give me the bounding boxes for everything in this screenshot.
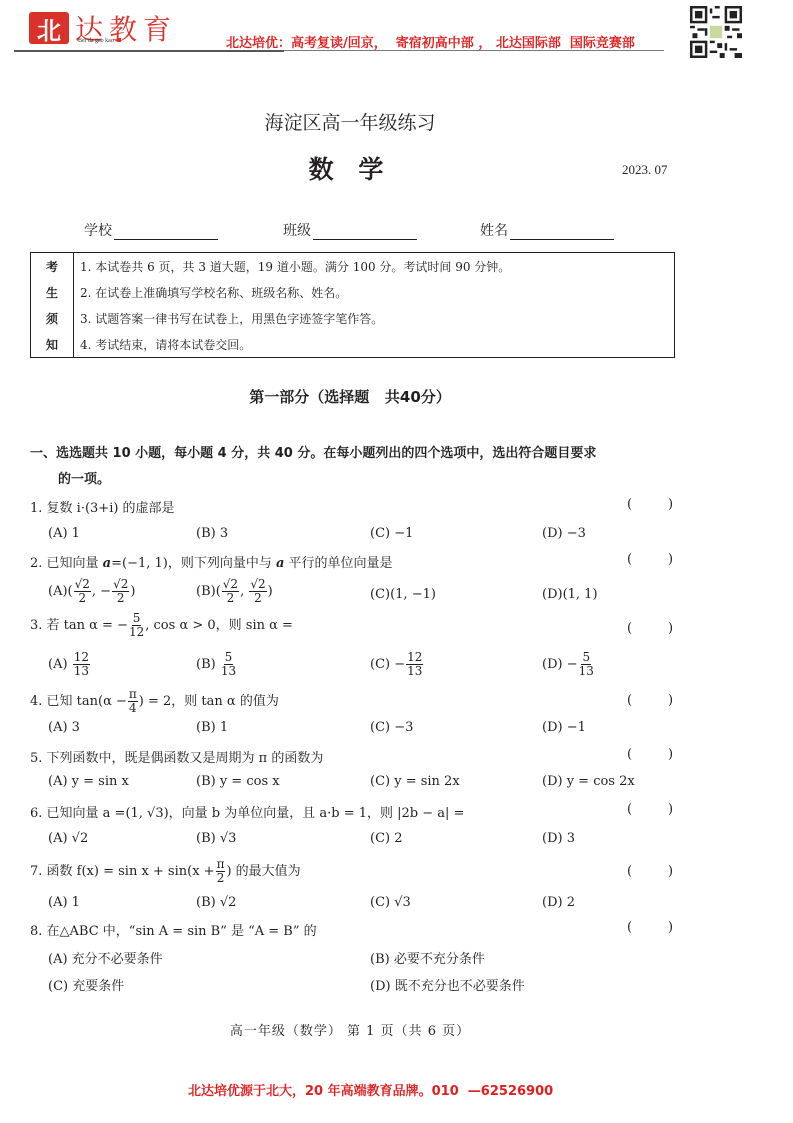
stem-text: 2. 已知向量 — [30, 556, 103, 571]
name-blank[interactable] — [510, 225, 614, 240]
answer-paren-right[interactable]: ) — [668, 552, 673, 567]
denominator: 4 — [129, 702, 137, 715]
q4-option-a[interactable]: (A) 3 — [48, 720, 80, 735]
q2-option-c[interactable]: (C)(1, −1) — [370, 587, 436, 602]
q8-option-d[interactable]: (D) 既不充分也不必要条件 — [370, 975, 525, 994]
exam-subject: 数 学 — [0, 150, 700, 186]
stem-text: 7. 函数 f(x) = sin x + sin(x + — [30, 864, 215, 879]
answer-paren-right[interactable]: ) — [668, 747, 673, 762]
notice-side-char: 知 — [31, 331, 73, 357]
numerator: √2 — [222, 578, 239, 592]
answer-paren-left[interactable]: ( — [627, 920, 632, 935]
question-4-stem: 4. 已知 tan(α −π4) = 2，则 tan α 的值为 — [30, 688, 279, 715]
header-divider-thin — [284, 50, 664, 51]
page-footer: 高一年级（数学） 第 1 页（共 6 页） — [0, 1020, 700, 1039]
logo-square-icon — [117, 38, 121, 42]
q7-option-b[interactable]: (B) √2 — [196, 895, 236, 910]
q2-option-a[interactable]: (A)(√22, −√22) — [48, 578, 135, 605]
q8-option-a[interactable]: (A) 充分不必要条件 — [48, 948, 163, 967]
q6-option-c[interactable]: (C) 2 — [370, 831, 403, 846]
denominator: 2 — [217, 872, 225, 885]
denominator: 2 — [78, 592, 86, 605]
question-6-stem: 6. 已知向量 a =(1, √3)，向量 b 为单位向量，且 a·b = 1，… — [30, 802, 464, 821]
fraction: 1213 — [406, 651, 423, 678]
question-3-stem: 3. 若 tan α = −512, cos α > 0，则 sin α = — [30, 612, 293, 639]
q7-option-a[interactable]: (A) 1 — [48, 895, 80, 910]
question-2-stem: 2. 已知向量 a=(−1, 1)，则下列向量中与 a 平行的单位向量是 — [30, 552, 393, 571]
notice-side-label: 考 生 须 知 — [31, 253, 74, 357]
answer-paren-right[interactable]: ) — [668, 920, 673, 935]
answer-paren-right[interactable]: ) — [668, 864, 673, 879]
q1-option-b[interactable]: (B) 3 — [196, 526, 228, 541]
logo-subtitle: Bei da gao kao — [78, 38, 121, 44]
fraction: 512 — [129, 612, 144, 639]
fraction: √22 — [222, 578, 239, 605]
school-field[interactable]: 学校 — [84, 220, 218, 240]
exam-date: 2023. 07 — [622, 162, 668, 178]
q6-option-b[interactable]: (B) √3 — [196, 831, 236, 846]
notice-list: 1. 本试卷共 6 页，共 3 道大题，19 道小题。满分 100 分。考试时间… — [74, 253, 674, 357]
q1-option-a[interactable]: (A) 1 — [48, 526, 80, 541]
option-label: (C) — [370, 657, 390, 672]
name-label: 姓名 — [480, 220, 508, 240]
question-7-stem: 7. 函数 f(x) = sin x + sin(x +π2) 的最大值为 — [30, 858, 301, 885]
denominator: 13 — [579, 665, 594, 678]
numerator: 5 — [224, 651, 234, 665]
section-instruction: 一、选选题共 10 小题，每小题 4 分，共 40 分。在每小题列出的四个选项中… — [30, 441, 680, 493]
notice-item: 2. 在试卷上准确填写学校名称、班级名称、姓名。 — [80, 279, 674, 305]
numerator: 12 — [73, 651, 90, 665]
q5-option-a[interactable]: (A) y = sin x — [48, 774, 129, 789]
option-label: (B) — [196, 657, 216, 672]
fraction: 1213 — [73, 651, 90, 678]
class-blank[interactable] — [313, 225, 417, 240]
q5-option-b[interactable]: (B) y = cos x — [196, 774, 280, 789]
class-field[interactable]: 班级 — [283, 220, 417, 240]
answer-paren-left[interactable]: ( — [627, 747, 632, 762]
q7-option-c[interactable]: (C) √3 — [370, 895, 411, 910]
numerator: √2 — [74, 578, 91, 592]
instruction-line: 一、选选题共 10 小题，每小题 4 分，共 40 分。在每小题列出的四个选项中… — [30, 441, 680, 467]
answer-paren-right[interactable]: ) — [668, 621, 673, 636]
question-8-stem: 8. 在△ABC 中，“sin A = sin B” 是 “A = B” 的 — [30, 920, 317, 939]
separator: , − — [92, 584, 111, 599]
numerator: 12 — [406, 651, 423, 665]
q3-option-a[interactable]: (A) 1213 — [48, 651, 91, 678]
answer-paren-left[interactable]: ( — [627, 802, 632, 817]
promo-banner: 北达培优源于北大，20 年高端教育品牌。010 —62526900 — [188, 1080, 553, 1099]
fraction: √22 — [249, 578, 266, 605]
sign: − — [394, 657, 405, 672]
denominator: 2 — [117, 592, 125, 605]
answer-paren-right[interactable]: ) — [668, 693, 673, 708]
q5-option-d[interactable]: (D) y = cos 2x — [542, 774, 635, 789]
notice-item: 1. 本试卷共 6 页，共 3 道大题，19 道小题。满分 100 分。考试时间… — [80, 253, 674, 279]
answer-paren-left[interactable]: ( — [627, 864, 632, 879]
header-divider — [14, 50, 284, 52]
fraction: √22 — [74, 578, 91, 605]
q5-option-c[interactable]: (C) y = sin 2x — [370, 774, 460, 789]
numerator: √2 — [112, 578, 129, 592]
stem-text: 平行的单位向量是 — [284, 556, 392, 571]
denominator: 12 — [129, 626, 144, 639]
notice-item: 4. 考试结束，请将本试卷交回。 — [80, 331, 674, 357]
fraction: π2 — [216, 858, 226, 885]
denominator: 13 — [407, 665, 422, 678]
sign: − — [567, 657, 578, 672]
q3-option-d[interactable]: (D) −513 — [542, 651, 595, 678]
q2-option-d[interactable]: (D)(1, 1) — [542, 587, 598, 602]
answer-paren-left[interactable]: ( — [627, 621, 632, 636]
q2-option-b[interactable]: (B)(√22, √22) — [196, 578, 273, 605]
q6-option-d[interactable]: (D) 3 — [542, 831, 575, 846]
candidate-notice-box: 考 生 须 知 1. 本试卷共 6 页，共 3 道大题，19 道小题。满分 10… — [30, 252, 675, 358]
q8-option-b[interactable]: (B) 必要不充分条件 — [370, 948, 485, 967]
logo-mark: 北 — [29, 12, 69, 44]
stem-text: 3. 若 tan α = − — [30, 618, 128, 633]
numerator: π — [216, 858, 226, 872]
answer-paren-right[interactable]: ) — [668, 497, 673, 512]
logo-subtitle-text: Bei da gao kao — [78, 38, 114, 44]
paren: ) — [268, 584, 273, 599]
answer-paren-left[interactable]: ( — [627, 693, 632, 708]
school-label: 学校 — [84, 220, 112, 240]
q4-option-c[interactable]: (C) −3 — [370, 720, 413, 735]
q4-option-b[interactable]: (B) 1 — [196, 720, 228, 735]
denominator: 13 — [221, 665, 236, 678]
option-label: (A) — [48, 584, 68, 599]
question-5-stem: 5. 下列函数中，既是偶函数又是周期为 π 的函数为 — [30, 747, 323, 766]
name-field[interactable]: 姓名 — [480, 220, 614, 240]
q6-option-a[interactable]: (A) √2 — [48, 831, 88, 846]
fraction: √22 — [112, 578, 129, 605]
answer-paren-left[interactable]: ( — [627, 552, 632, 567]
stem-text: , cos α > 0，则 sin α = — [145, 618, 293, 633]
denominator: 13 — [74, 665, 89, 678]
q8-option-c[interactable]: (C) 充要条件 — [48, 975, 124, 994]
stem-text: ) 的最大值为 — [226, 864, 300, 879]
q3-option-b[interactable]: (B) 513 — [196, 651, 237, 678]
qr-code-icon — [690, 6, 742, 58]
question-1-stem: 1. 复数 i·(3+i) 的虚部是 — [30, 497, 175, 516]
stem-text: ) = 2，则 tan α 的值为 — [139, 694, 279, 709]
numerator: 5 — [581, 651, 591, 665]
notice-side-char: 考 — [31, 253, 73, 279]
option-label: (A) — [48, 657, 68, 672]
fraction: 513 — [221, 651, 236, 678]
denominator: 2 — [227, 592, 235, 605]
numerator: π — [128, 688, 138, 702]
instruction-line: 的一项。 — [30, 467, 680, 493]
stem-text: =(−1, 1)，则下列向量中与 — [111, 556, 276, 571]
q3-option-c[interactable]: (C) −1213 — [370, 651, 424, 678]
notice-side-char: 须 — [31, 305, 73, 331]
school-blank[interactable] — [114, 225, 218, 240]
q1-option-c[interactable]: (C) −1 — [370, 526, 413, 541]
q7-option-d[interactable]: (D) 2 — [542, 895, 575, 910]
option-label: (B) — [196, 584, 216, 599]
notice-side-char: 生 — [31, 279, 73, 305]
denominator: 2 — [254, 592, 262, 605]
answer-paren-right[interactable]: ) — [668, 802, 673, 817]
q4-option-d[interactable]: (D) −1 — [542, 720, 586, 735]
notice-item: 3. 试题答案一律书写在试卷上，用黑色字迹签字笔作答。 — [80, 305, 674, 331]
answer-paren-left[interactable]: ( — [627, 497, 632, 512]
exam-title: 海淀区高一年级练习 — [0, 108, 700, 135]
q1-option-d[interactable]: (D) −3 — [542, 526, 586, 541]
fraction: π4 — [128, 688, 138, 715]
option-label: (D) — [542, 657, 563, 672]
part-title: 第一部分（选择题 共40分） — [0, 386, 700, 407]
header-slogan: 北达培优：高考复读/回京， 寄宿初高中部 ， 北达国际部 国际竞赛部 — [226, 32, 635, 51]
fraction: 513 — [579, 651, 594, 678]
class-label: 班级 — [283, 220, 311, 240]
numerator: 5 — [132, 612, 142, 626]
vector-a: a — [103, 556, 111, 571]
paren: ( — [68, 584, 73, 599]
numerator: √2 — [249, 578, 266, 592]
stem-text: 4. 已知 tan(α − — [30, 694, 127, 709]
separator: , — [240, 584, 248, 599]
paren: ) — [130, 584, 135, 599]
paren: ( — [216, 584, 221, 599]
